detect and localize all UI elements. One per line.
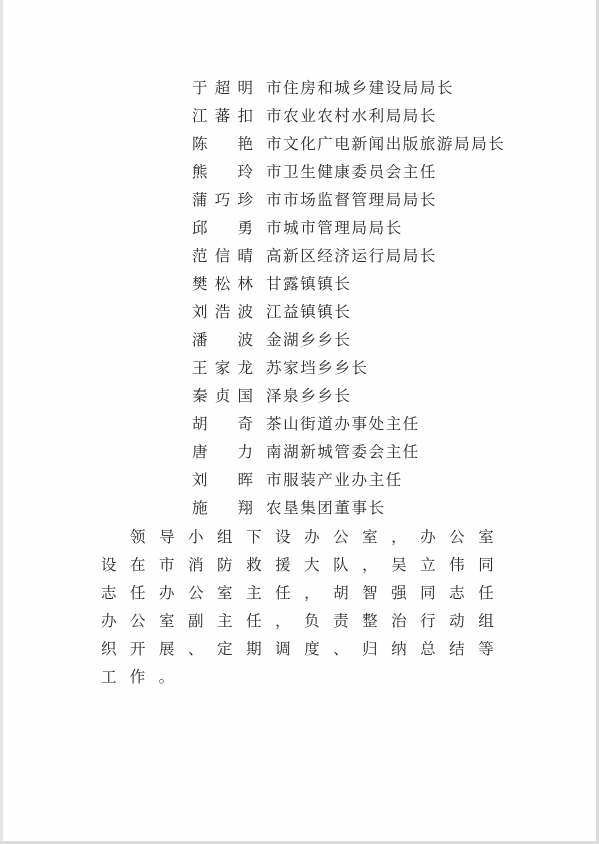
member-title: 市城市管理局局长 bbox=[266, 214, 403, 242]
roster-row: 潘 波 金湖乡乡长 bbox=[192, 326, 505, 354]
member-name: 刘浩波 bbox=[192, 298, 254, 326]
roster-row: 秦贞国 泽泉乡乡长 bbox=[192, 382, 505, 410]
member-roster: 于超明 市住房和城乡建设局局长 江蕃扣 市农业农村水利局局长 陈 艳 市文化广电… bbox=[192, 74, 505, 522]
member-name: 樊松林 bbox=[192, 270, 254, 298]
member-name: 施 翔 bbox=[192, 494, 254, 522]
member-title: 市住房和城乡建设局局长 bbox=[266, 74, 454, 102]
member-title: 市农业农村水利局局长 bbox=[266, 102, 437, 130]
member-name: 胡 奇 bbox=[192, 410, 254, 438]
office-description-paragraph: 领导小组下设办公室，办公室设在市消防救援大队，吴立伟同志任办公室主任，胡智强同志… bbox=[101, 523, 507, 691]
member-name: 邱 勇 bbox=[192, 214, 254, 242]
roster-row: 范信晴 高新区经济运行局局长 bbox=[192, 242, 505, 270]
member-title: 市服装产业办主任 bbox=[266, 466, 403, 494]
member-title: 泽泉乡乡长 bbox=[266, 382, 352, 410]
member-name: 潘 波 bbox=[192, 326, 254, 354]
member-title: 农垦集团董事长 bbox=[266, 494, 386, 522]
member-title: 茶山街道办事处主任 bbox=[266, 410, 420, 438]
member-title: 江益镇镇长 bbox=[266, 298, 352, 326]
roster-row: 陈 艳 市文化广电新闻出版旅游局局长 bbox=[192, 130, 505, 158]
member-title: 市文化广电新闻出版旅游局局长 bbox=[266, 130, 505, 158]
roster-row: 王家龙 苏家垱乡乡长 bbox=[192, 354, 505, 382]
member-name: 唐 力 bbox=[192, 438, 254, 466]
roster-row: 于超明 市住房和城乡建设局局长 bbox=[192, 74, 505, 102]
roster-row: 熊 玲 市卫生健康委员会主任 bbox=[192, 158, 505, 186]
member-title: 市市场监督管理局局长 bbox=[266, 186, 437, 214]
member-name: 秦贞国 bbox=[192, 382, 254, 410]
member-title: 苏家垱乡乡长 bbox=[266, 354, 369, 382]
member-name: 熊 玲 bbox=[192, 158, 254, 186]
member-title: 市卫生健康委员会主任 bbox=[266, 158, 437, 186]
roster-row: 唐 力 南湖新城管委会主任 bbox=[192, 438, 505, 466]
roster-row: 胡 奇 茶山街道办事处主任 bbox=[192, 410, 505, 438]
roster-row: 施 翔 农垦集团董事长 bbox=[192, 494, 505, 522]
member-title: 甘露镇镇长 bbox=[266, 270, 352, 298]
roster-row: 蒲巧珍 市市场监督管理局局长 bbox=[192, 186, 505, 214]
member-name: 王家龙 bbox=[192, 354, 254, 382]
roster-row: 刘 晖 市服装产业办主任 bbox=[192, 466, 505, 494]
roster-row: 邱 勇 市城市管理局局长 bbox=[192, 214, 505, 242]
member-title: 金湖乡乡长 bbox=[266, 326, 352, 354]
member-name: 陈 艳 bbox=[192, 130, 254, 158]
member-name: 江蕃扣 bbox=[192, 102, 254, 130]
roster-row: 刘浩波 江益镇镇长 bbox=[192, 298, 505, 326]
roster-row: 樊松林 甘露镇镇长 bbox=[192, 270, 505, 298]
roster-row: 江蕃扣 市农业农村水利局局长 bbox=[192, 102, 505, 130]
member-name: 刘 晖 bbox=[192, 466, 254, 494]
member-title: 南湖新城管委会主任 bbox=[266, 438, 420, 466]
member-name: 蒲巧珍 bbox=[192, 186, 254, 214]
member-name: 于超明 bbox=[192, 74, 254, 102]
member-name: 范信晴 bbox=[192, 242, 254, 270]
member-title: 高新区经济运行局局长 bbox=[266, 242, 437, 270]
